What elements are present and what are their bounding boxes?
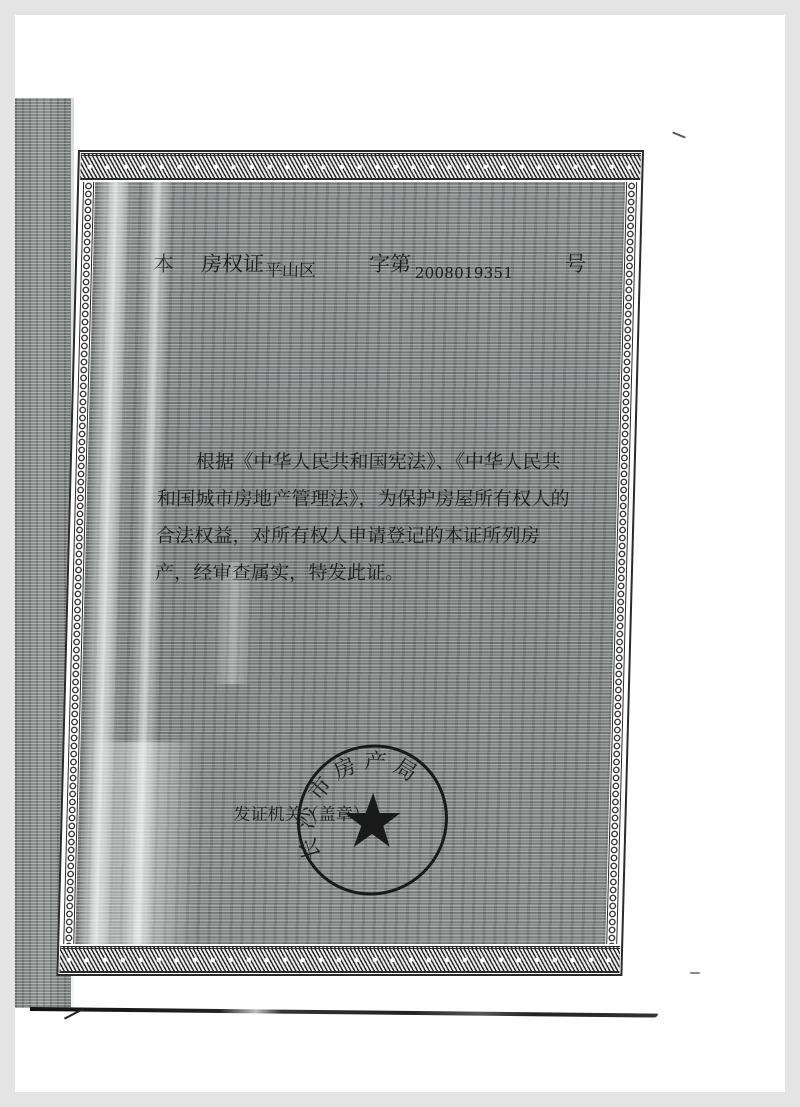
header-title: 房权证 [201,248,265,278]
star-icon [344,793,401,847]
seal-graphic: 长沙市房产局 [293,743,451,897]
seal-text: 长沙市房产局 [293,749,426,863]
ownership-certificate: 本 房权证 平山区 字第 2008019351 号 根据《中华人民共和国宪法》、… [56,150,644,976]
header-prefix: 本 [153,248,175,278]
certificate-header: 本 房权证 平山区 字第 2008019351 号 [153,244,608,278]
header-district: 平山区 [265,256,317,281]
certificate-statement: 根据《中华人民共和国宪法》、《中华人民共和国城市房地产管理法》，为保护房屋所有权… [154,444,574,592]
header-zi-di: 字第 [369,248,412,278]
certificate-body: 本 房权证 平山区 字第 2008019351 号 根据《中华人民共和国宪法》、… [75,182,625,944]
ornamental-border-bottom [59,946,620,973]
svg-text:长沙市房产局: 长沙市房产局 [293,749,426,863]
scan-glare [75,742,200,944]
ornamental-border-top [80,153,641,180]
scan-speck [690,972,700,974]
official-seal: 长沙市房产局 [293,743,451,897]
header-suffix: 号 [565,248,587,278]
certificate-number: 2008019351 [415,264,514,282]
